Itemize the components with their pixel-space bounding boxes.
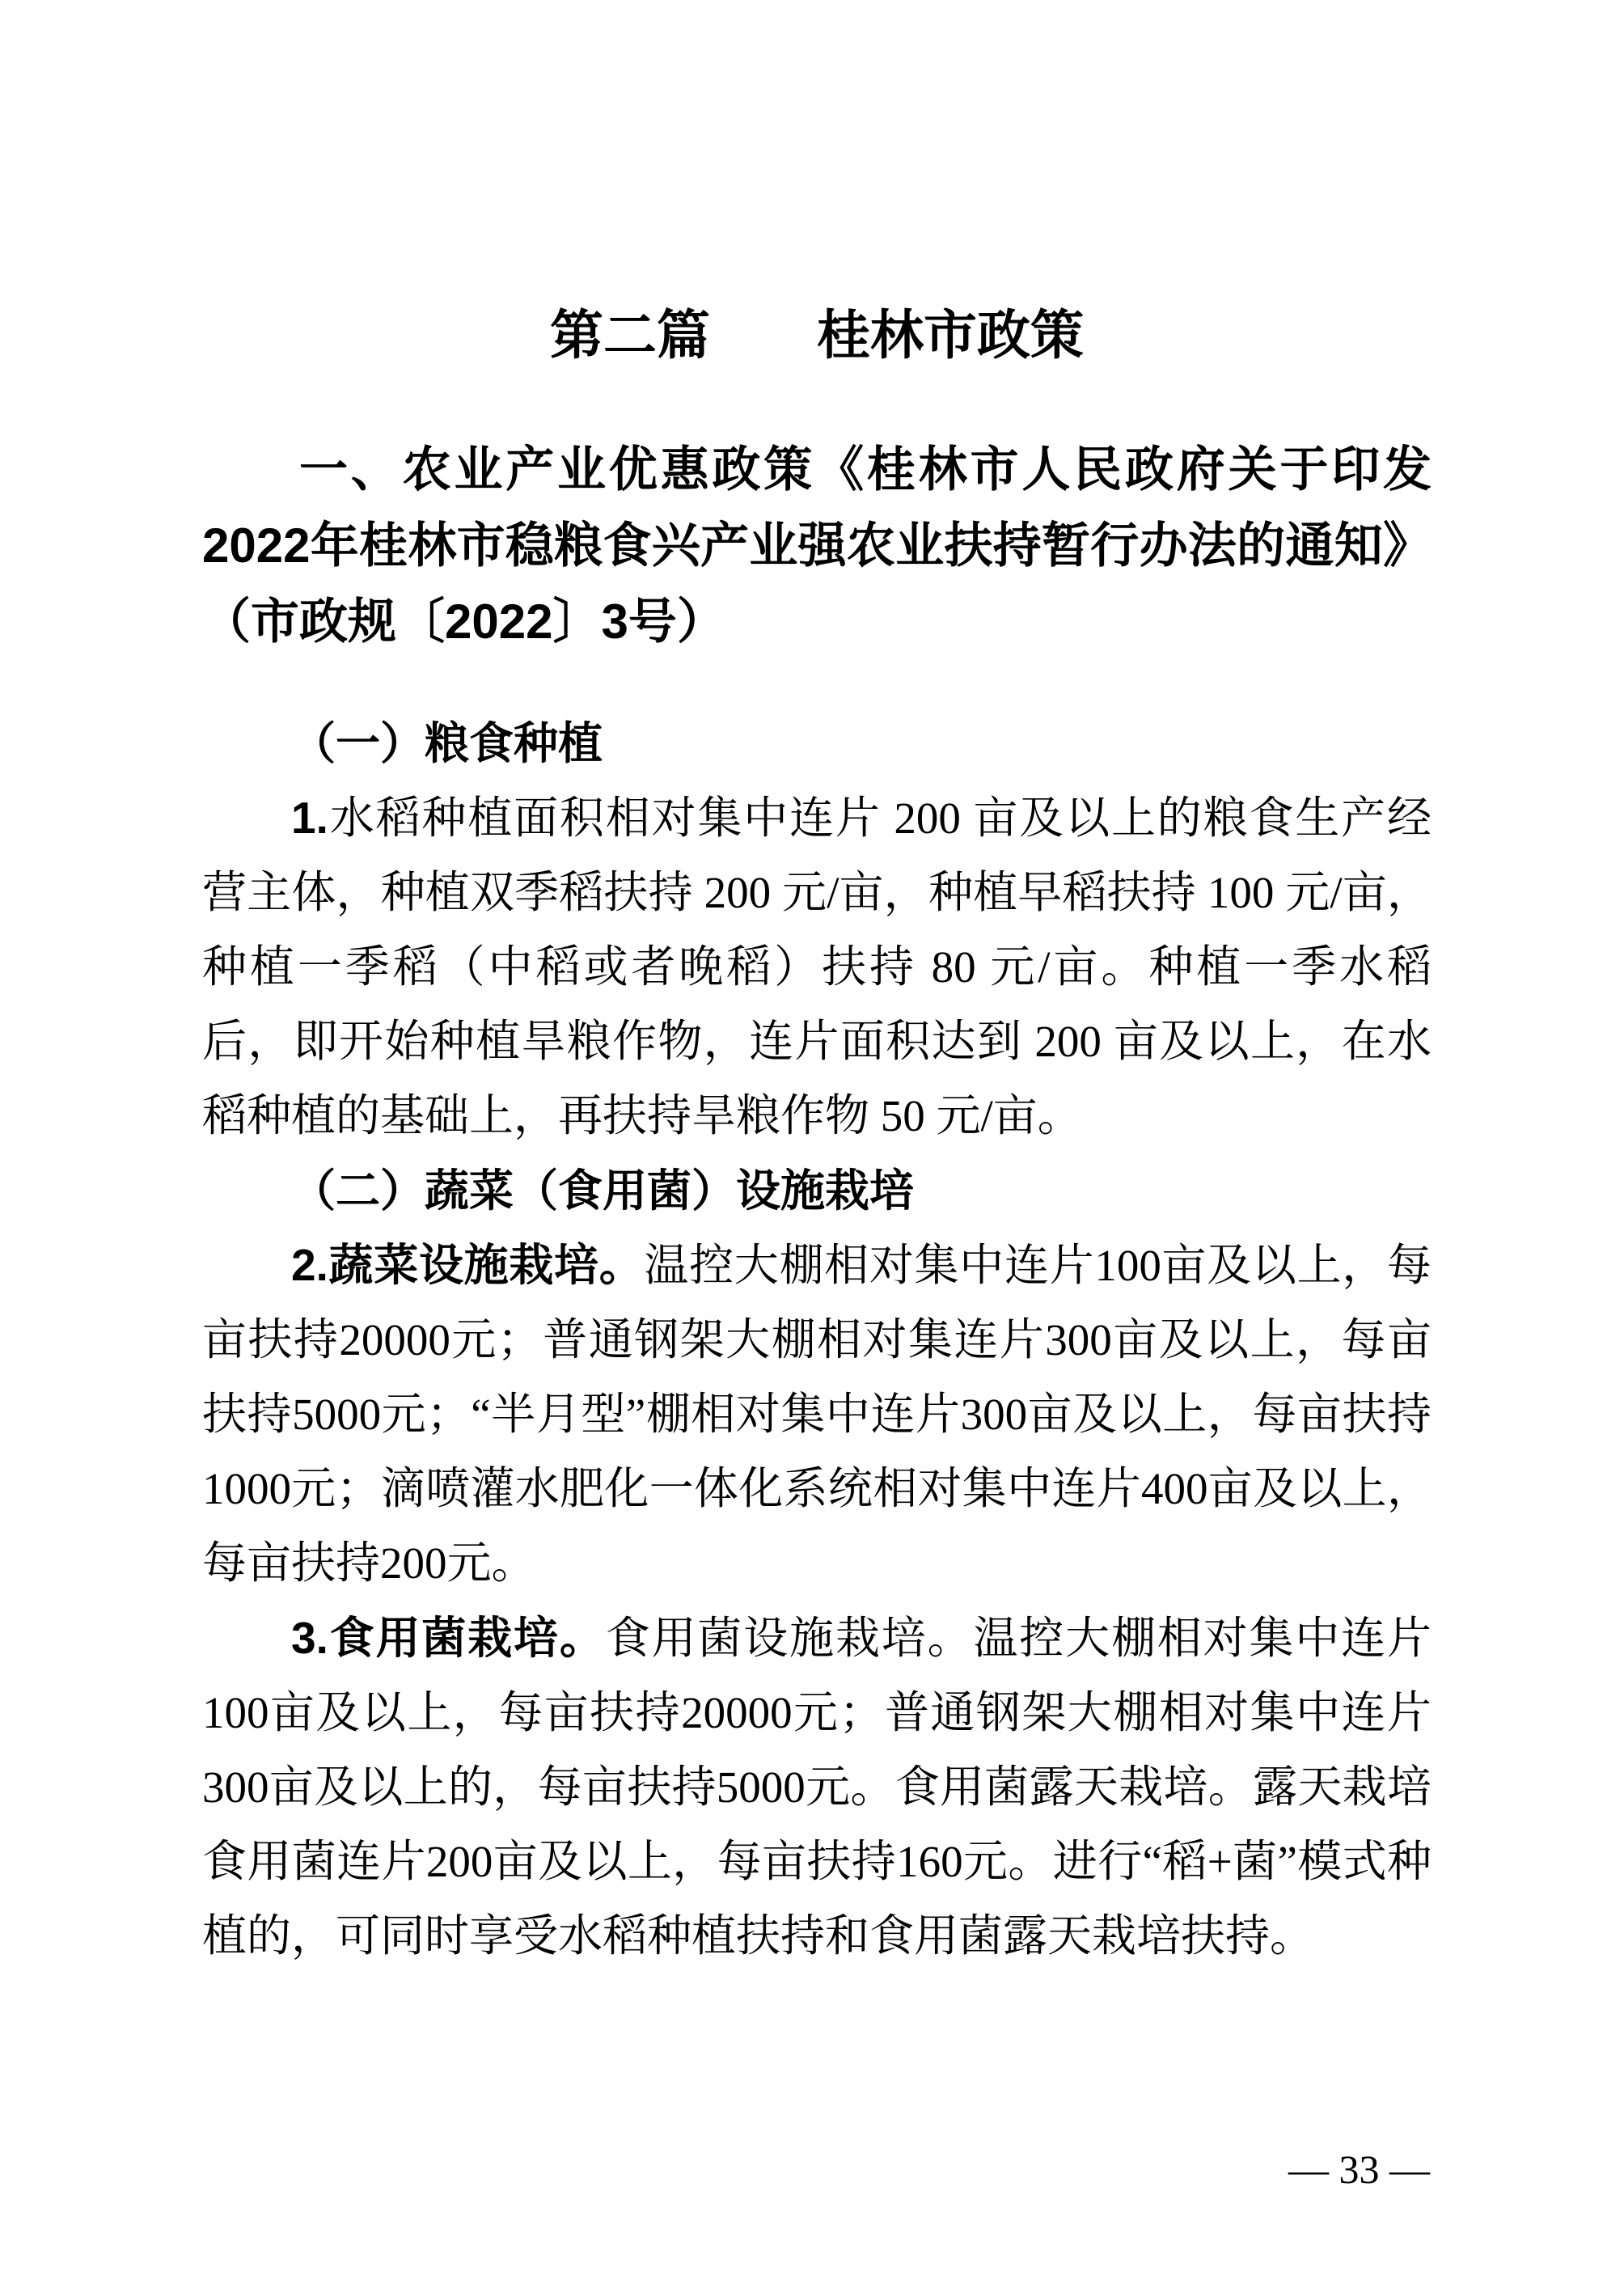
document-body: （一）粮食种植 1.水稻种植面积相对集中连片 200 亩及以上的粮食生产经营主体…	[202, 706, 1432, 1974]
subsection-heading-vegetable: （二）蔬菜（食用菌）设施栽培	[202, 1153, 1432, 1228]
paragraph-rice-support: 1.水稻种植面积相对集中连片 200 亩及以上的粮食生产经营主体，种植双季稻扶持…	[202, 781, 1432, 1153]
paragraph-3-lead: 3.食用菌栽培。	[291, 1613, 606, 1663]
subsection-heading-grain: （一）粮食种植	[202, 706, 1432, 781]
page-number: — 33 —	[1288, 2135, 1430, 2203]
paragraph-2-text: 温控大棚相对集中连片100亩及以上，每亩扶持20000元；普通钢架大棚相对集连片…	[202, 1241, 1432, 1588]
paragraph-vegetable-facility: 2.蔬菜设施栽培。温控大棚相对集中连片100亩及以上，每亩扶持20000元；普通…	[202, 1228, 1432, 1601]
paragraph-1-number: 1.	[291, 793, 328, 843]
paragraph-2-lead: 2.蔬菜设施栽培。	[291, 1240, 644, 1290]
page-title: 第二篇 桂林市政策	[202, 294, 1432, 375]
section-heading: 一、农业产业优惠政策《桂林市人民政府关于印发2022年桂林市稳粮食兴产业强农业扶…	[202, 432, 1432, 660]
paragraph-1-text: 水稻种植面积相对集中连片 200 亩及以上的粮食生产经营主体，种植双季稻扶持 2…	[202, 793, 1432, 1140]
document-page: 第二篇 桂林市政策 一、农业产业优惠政策《桂林市人民政府关于印发2022年桂林市…	[0, 0, 1624, 2293]
paragraph-3-text: 食用菌设施栽培。温控大棚相对集中连片100亩及以上，每亩扶持20000元；普通钢…	[202, 1614, 1432, 1961]
paragraph-mushroom-cultivation: 3.食用菌栽培。食用菌设施栽培。温控大棚相对集中连片100亩及以上，每亩扶持20…	[202, 1601, 1432, 1974]
